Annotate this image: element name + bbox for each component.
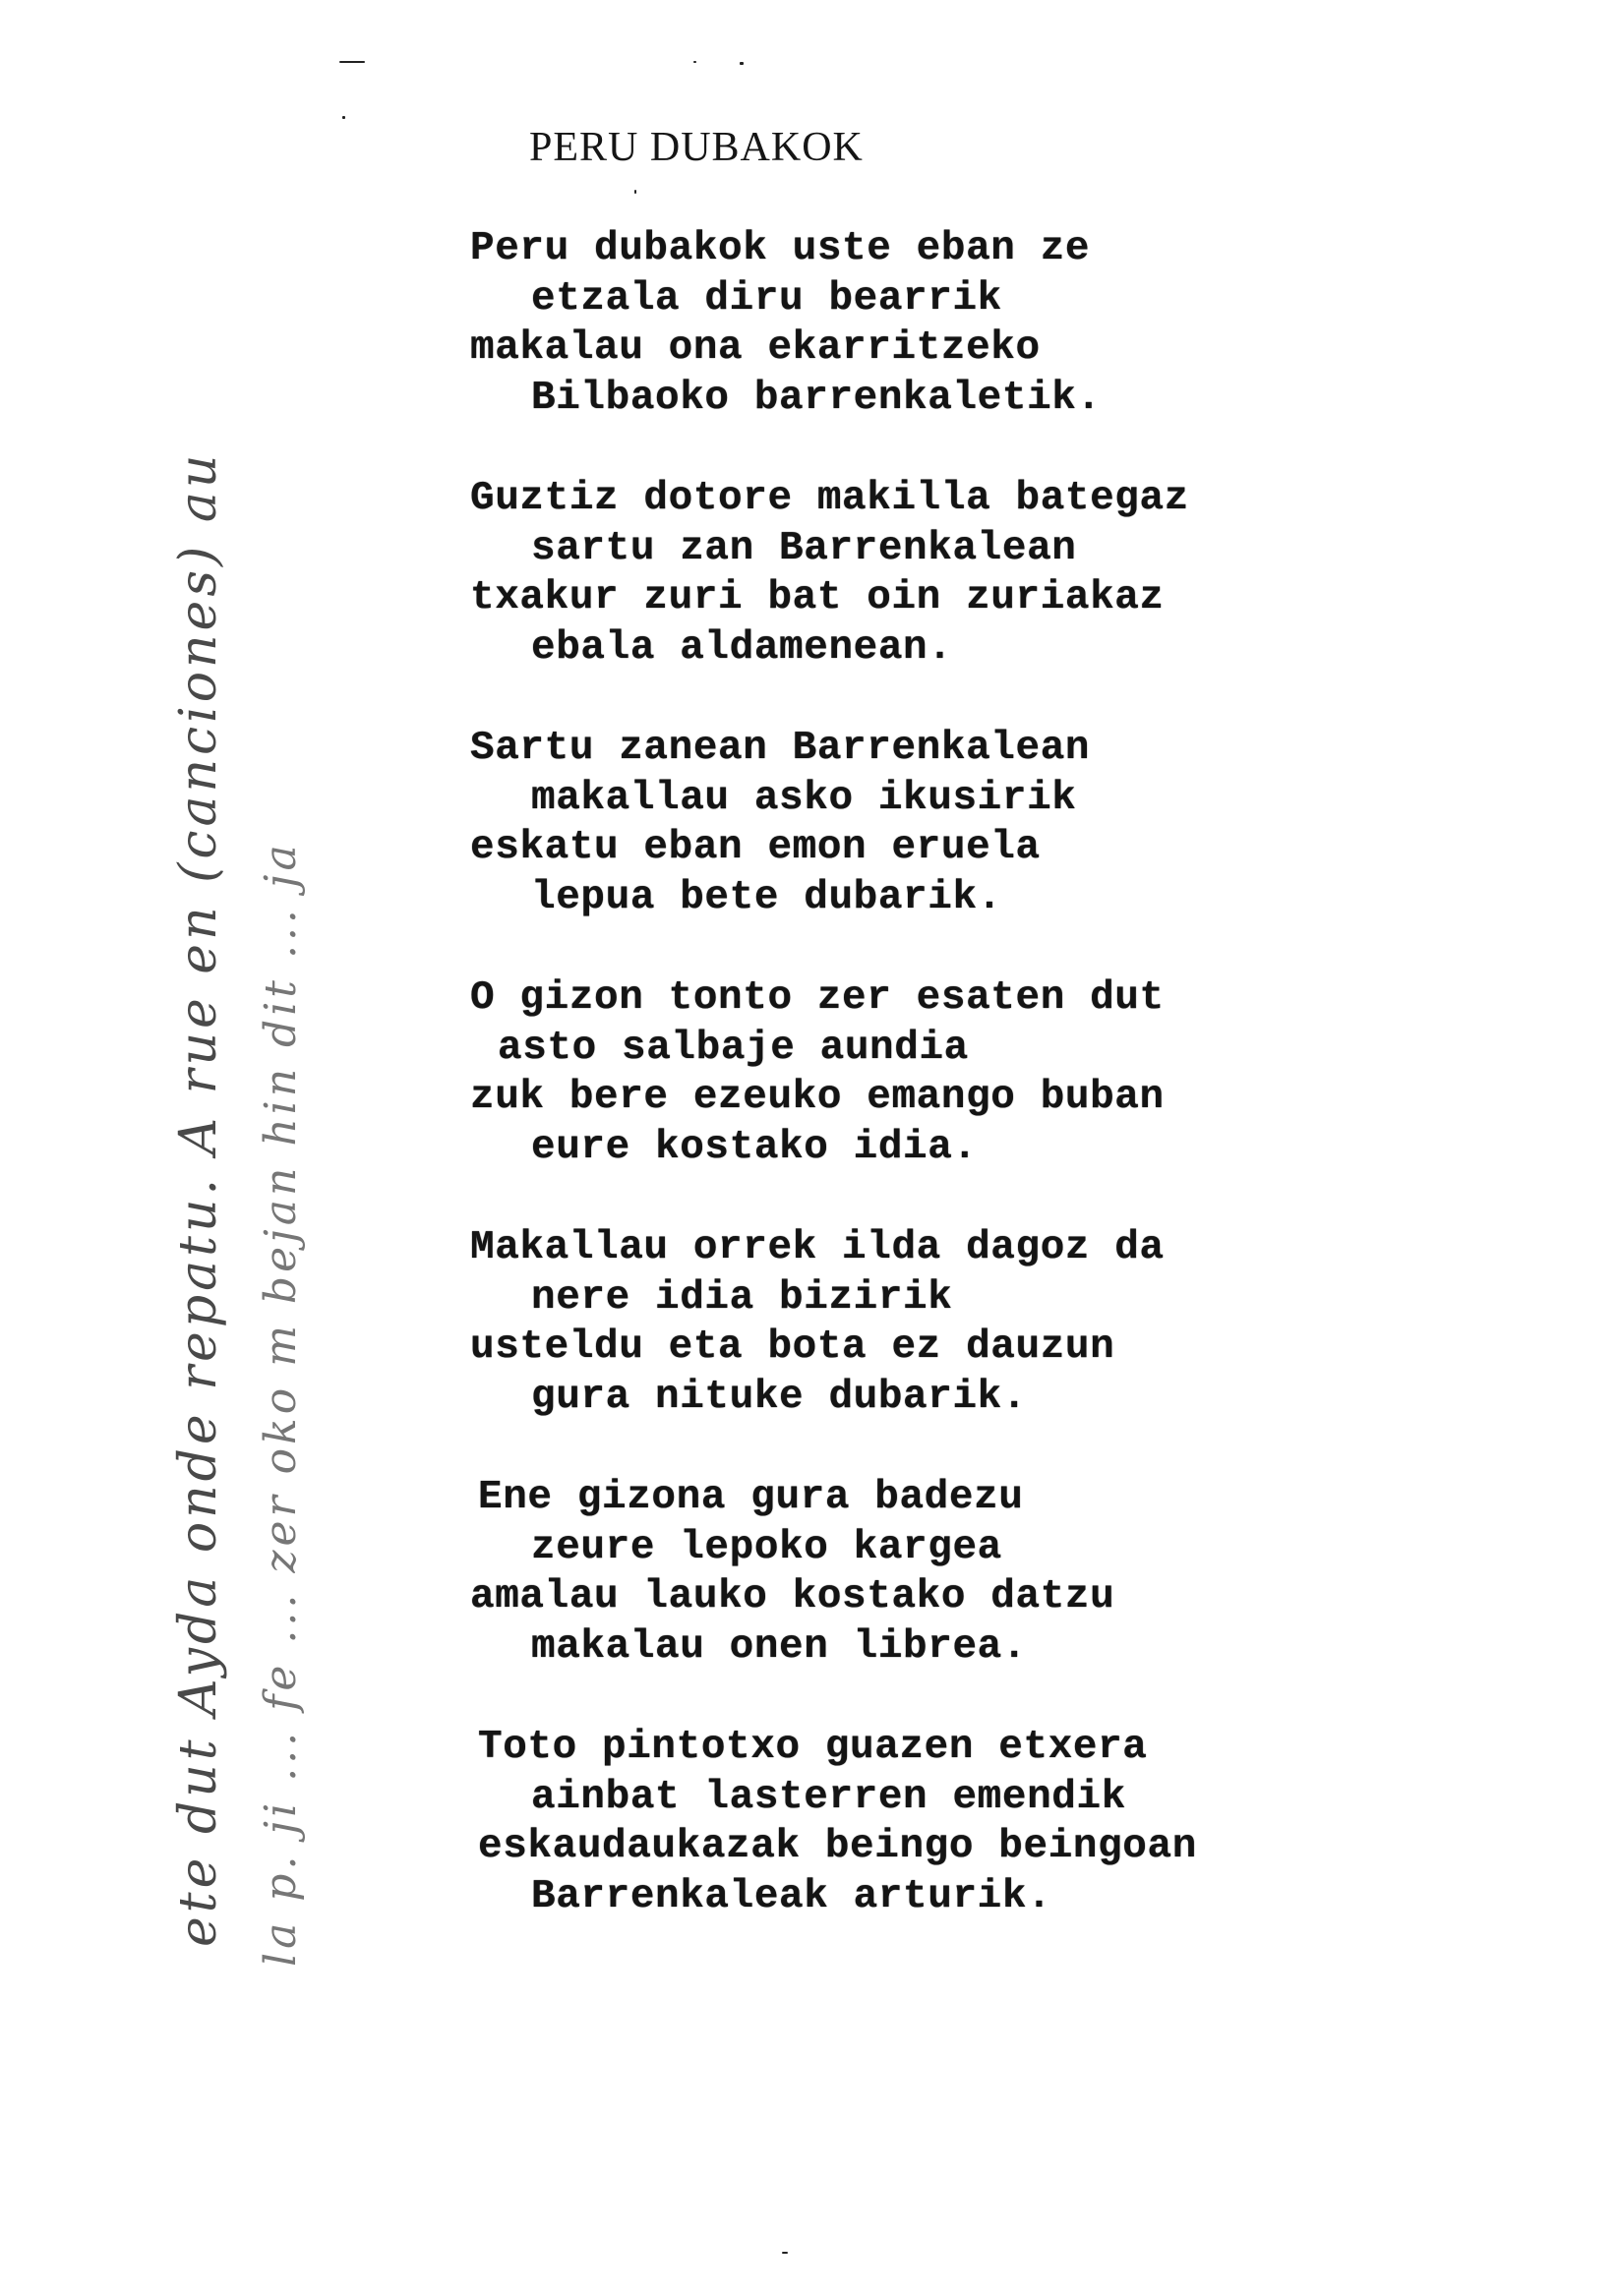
scan-speck <box>339 61 365 63</box>
handwritten-note-2: la p. ji ... fe ... zer oko m bejan hin … <box>256 841 306 1967</box>
poem-line: Guztiz dotore makilla bategaz <box>470 474 1454 524</box>
poem-line: ebala aldamenean. <box>470 623 1454 674</box>
scanned-page: ete dut Ayda onde repatu. A rue en (canc… <box>0 0 1617 2296</box>
scan-speck <box>782 2252 788 2254</box>
stanza-5: Makallau orrek ilda dagoz da nere idia b… <box>470 1223 1454 1422</box>
poem-line: eskatu eban emon eruela <box>470 823 1454 873</box>
stanza-7: Toto pintotxo guazen etxera ainbat laste… <box>470 1723 1454 1921</box>
poem-line: eure kostako idia. <box>470 1123 1454 1173</box>
scan-speck <box>342 116 345 119</box>
poem-line: asto salbaje aundia <box>470 1024 1454 1074</box>
poem-line: sartu zan Barrenkalean <box>470 524 1454 574</box>
poem-line: zuk bere ezeuko emango buban <box>470 1073 1454 1123</box>
poem-line: O gizon tonto zer esaten dut <box>470 973 1454 1024</box>
poem-line: Makallau orrek ilda dagoz da <box>470 1223 1454 1273</box>
handwritten-margin-notes: ete dut Ayda onde repatu. A rue en (canc… <box>79 138 315 2006</box>
poem-line: zeure lepoko kargea <box>470 1523 1454 1573</box>
stanza-1: Peru dubakok uste eban ze etzala diru be… <box>470 224 1454 423</box>
poem-line: amalau lauko kostako datzu <box>470 1572 1454 1622</box>
poem-line: nere idia bizirik <box>470 1273 1454 1324</box>
poem-line: lepua bete dubarik. <box>470 873 1454 923</box>
scan-speck <box>634 190 636 194</box>
poem-line: Bilbaoko barrenkaletik. <box>470 374 1454 424</box>
poem-body: Peru dubakok uste eban ze etzala diru be… <box>470 224 1454 1972</box>
poem-line: etzala diru bearrik <box>470 274 1454 324</box>
stanza-2: Guztiz dotore makilla bategaz sartu zan … <box>470 474 1454 673</box>
poem-line: gura nituke dubarik. <box>470 1373 1454 1423</box>
poem-line: makalau onen librea. <box>470 1622 1454 1673</box>
stanza-4: O gizon tonto zer esaten dut asto salbaj… <box>470 973 1454 1172</box>
handwritten-note-1: ete dut Ayda onde repatu. A rue en (canc… <box>169 451 228 1947</box>
scan-speck <box>740 62 744 65</box>
poem-line: usteldu eta bota ez dauzun <box>470 1323 1454 1373</box>
poem-line: makalau ona ekarritzeko <box>470 324 1454 374</box>
poem-line: Barrenkaleak arturik. <box>470 1872 1454 1922</box>
stanza-6: Ene gizona gura badezu zeure lepoko karg… <box>470 1473 1454 1672</box>
poem-line: ainbat lasterren emendik <box>470 1773 1454 1823</box>
poem-title: PERU DUBAKOK <box>529 124 864 171</box>
poem-line: Peru dubakok uste eban ze <box>470 224 1454 274</box>
poem-line: makallau asko ikusirik <box>470 774 1454 824</box>
poem-line: Ene gizona gura badezu <box>470 1473 1454 1523</box>
stanza-3: Sartu zanean Barrenkalean makallau asko … <box>470 724 1454 922</box>
poem-line: Sartu zanean Barrenkalean <box>470 724 1454 774</box>
scan-speck <box>693 61 696 63</box>
poem-line: eskaudaukazak beingo beingoan <box>470 1822 1454 1872</box>
poem-line: Toto pintotxo guazen etxera <box>470 1723 1454 1773</box>
poem-line: txakur zuri bat oin zuriakaz <box>470 573 1454 623</box>
